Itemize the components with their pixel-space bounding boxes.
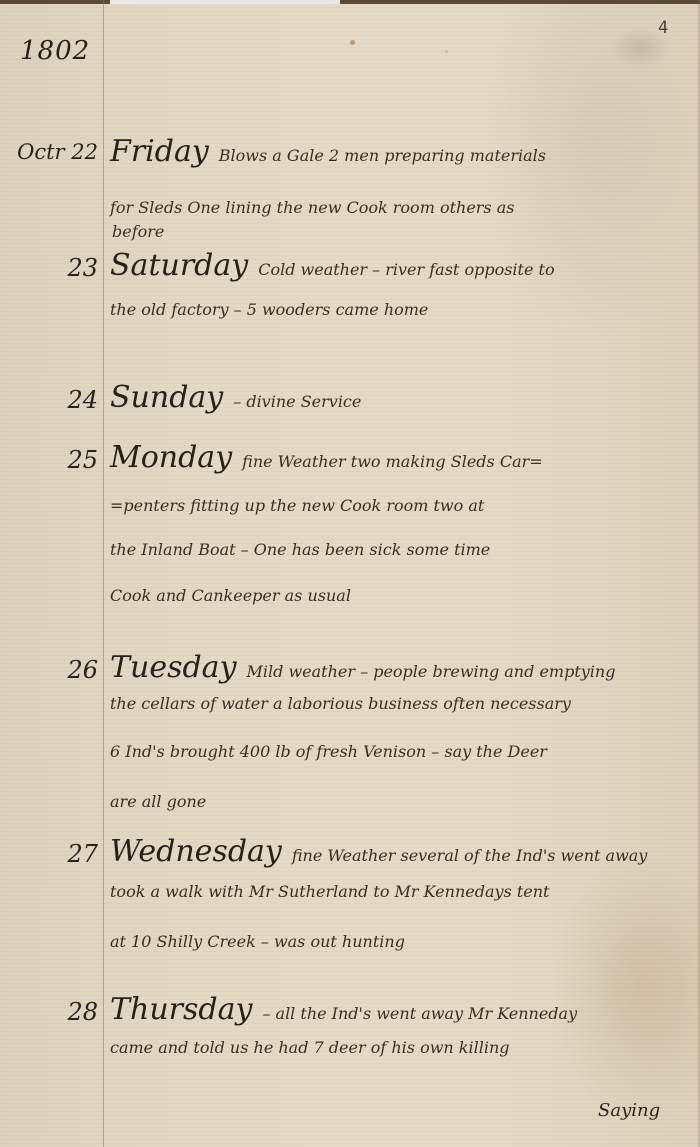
entry-line: Cook and Cankeeper as usual — [110, 586, 351, 605]
entry-line: at 10 Shilly Creek – was out hunting — [110, 932, 405, 951]
scan-edge-label — [110, 0, 340, 4]
entry-line: 6 Ind's brought 400 lb of fresh Venison … — [110, 742, 547, 761]
entry-line: before — [112, 222, 164, 241]
entry-line: Thursday– all the Ind's went away Mr Ken… — [110, 992, 577, 1027]
entry-day: Friday — [110, 134, 209, 169]
catchword: Saying — [598, 1100, 660, 1121]
scan-edge — [0, 0, 700, 4]
foxing-spot — [350, 40, 355, 45]
entry-line: Sunday– divine Service — [110, 380, 361, 415]
entry-line: =penters fitting up the new Cook room tw… — [110, 496, 484, 515]
entry-day: Saturday — [110, 248, 248, 283]
entry-date: 24 — [0, 386, 98, 414]
entry-line: the old factory – 5 wooders came home — [110, 300, 428, 319]
entry-day: Wednesday — [110, 834, 282, 869]
entry-line: the cellars of water a laborious busines… — [110, 694, 571, 713]
entry-line: are all gone — [110, 792, 206, 811]
entry-date: 26 — [0, 656, 98, 684]
year-heading: 1802 — [20, 36, 90, 66]
entry-day: Sunday — [110, 380, 223, 415]
entry-text: Mild weather – people brewing and emptyi… — [247, 662, 616, 681]
entry-line: came and told us he had 7 deer of his ow… — [110, 1038, 510, 1057]
entry-text: – all the Ind's went away Mr Kenneday — [262, 1004, 577, 1023]
entry-date: 27 — [0, 840, 98, 868]
journal-page: 4 1802 Octr 22 FridayBlows a Gale 2 men … — [0, 0, 700, 1147]
foxing-spot — [445, 50, 448, 53]
entry-line: for Sleds One lining the new Cook room o… — [110, 198, 514, 217]
entry-line: FridayBlows a Gale 2 men preparing mater… — [110, 134, 546, 169]
entry-text: – divine Service — [233, 392, 361, 411]
entry-text: Blows a Gale 2 men preparing materials — [219, 146, 546, 165]
entry-date: 28 — [0, 998, 98, 1026]
entry-date: Octr 22 — [0, 140, 98, 164]
entry-line: took a walk with Mr Sutherland to Mr Ken… — [110, 882, 549, 901]
entry-text: fine Weather two making Sleds Car= — [242, 452, 543, 471]
entry-line: TuesdayMild weather – people brewing and… — [110, 650, 615, 685]
entry-line: Mondayfine Weather two making Sleds Car= — [110, 440, 543, 475]
entry-line: the Inland Boat – One has been sick some… — [110, 540, 490, 559]
entry-day: Monday — [110, 440, 232, 475]
entry-date: 23 — [0, 254, 98, 282]
entry-line: Wednesdayfine Weather several of the Ind… — [110, 834, 647, 869]
entry-date: 25 — [0, 446, 98, 474]
margin-rule — [103, 0, 104, 1147]
entry-text: fine Weather several of the Ind's went a… — [292, 846, 647, 865]
entry-text: Cold weather – river fast opposite to — [258, 260, 554, 279]
entry-day: Thursday — [110, 992, 252, 1027]
page-number: 4 — [658, 18, 668, 38]
entry-day: Tuesday — [110, 650, 237, 685]
entry-line: SaturdayCold weather – river fast opposi… — [110, 248, 555, 283]
